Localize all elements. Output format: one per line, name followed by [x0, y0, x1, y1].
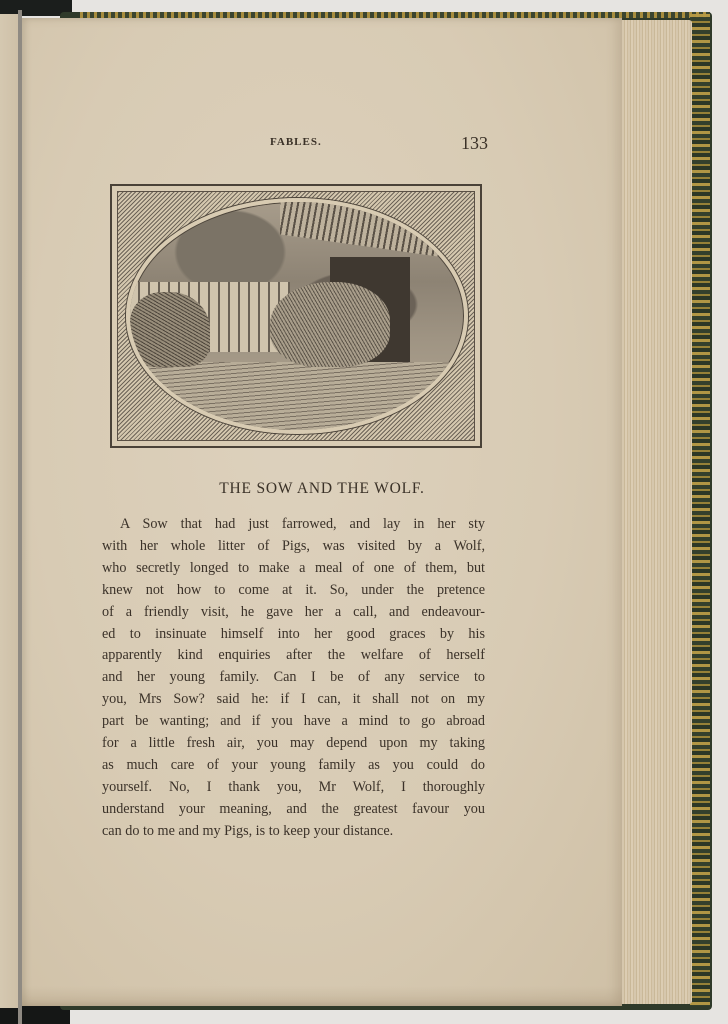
fable-body: A Sow that had just farrowed, and lay in… — [102, 514, 485, 843]
text-line: yourself. No, I thank you, Mr Wolf, I th… — [102, 777, 485, 799]
page-bottom-shadow — [22, 986, 622, 1006]
page-number: 133 — [461, 133, 488, 154]
text-line: apparently kind enquiries after the welf… — [102, 645, 485, 667]
text-line: knew not how to come at it. So, under th… — [102, 580, 485, 602]
text-line: with her whole litter of Pigs, was visit… — [102, 536, 485, 558]
background-dark-bottom-left — [0, 1006, 70, 1024]
sow-drawing — [270, 282, 390, 367]
text-line: you, Mrs Sow? said he: if I can, it shal… — [102, 689, 485, 711]
fable-title: THE SOW AND THE WOLF. — [22, 480, 622, 498]
text-line: A Sow that had just farrowed, and lay in… — [102, 514, 485, 536]
text-line: and her young family. Can I be of any se… — [102, 667, 485, 689]
text-line: understand your meaning, and the greates… — [102, 799, 485, 821]
book-page — [22, 18, 622, 1006]
cover-gilt-border-right — [690, 14, 710, 1006]
text-line: part be wanting; and if you have a mind … — [102, 711, 485, 733]
text-line: of a friendly visit, he gave her a call,… — [102, 602, 485, 624]
text-line: can do to me and my Pigs, is to keep you… — [102, 821, 485, 843]
text-line: for a little fresh air, you may depend u… — [102, 733, 485, 755]
text-line: as much care of your young family as you… — [102, 755, 485, 777]
running-head: FABLES. — [270, 136, 322, 148]
text-line: ed to insinuate himself into her good gr… — [102, 624, 485, 646]
left-page-edge — [0, 14, 20, 1008]
illustration-oval-scene — [126, 198, 468, 434]
engraving-illustration — [110, 184, 482, 448]
text-line: who secretly longed to make a meal of on… — [102, 558, 485, 580]
wolf-drawing — [130, 292, 210, 367]
ground-drawing — [130, 362, 464, 432]
page-edges — [610, 20, 692, 1004]
